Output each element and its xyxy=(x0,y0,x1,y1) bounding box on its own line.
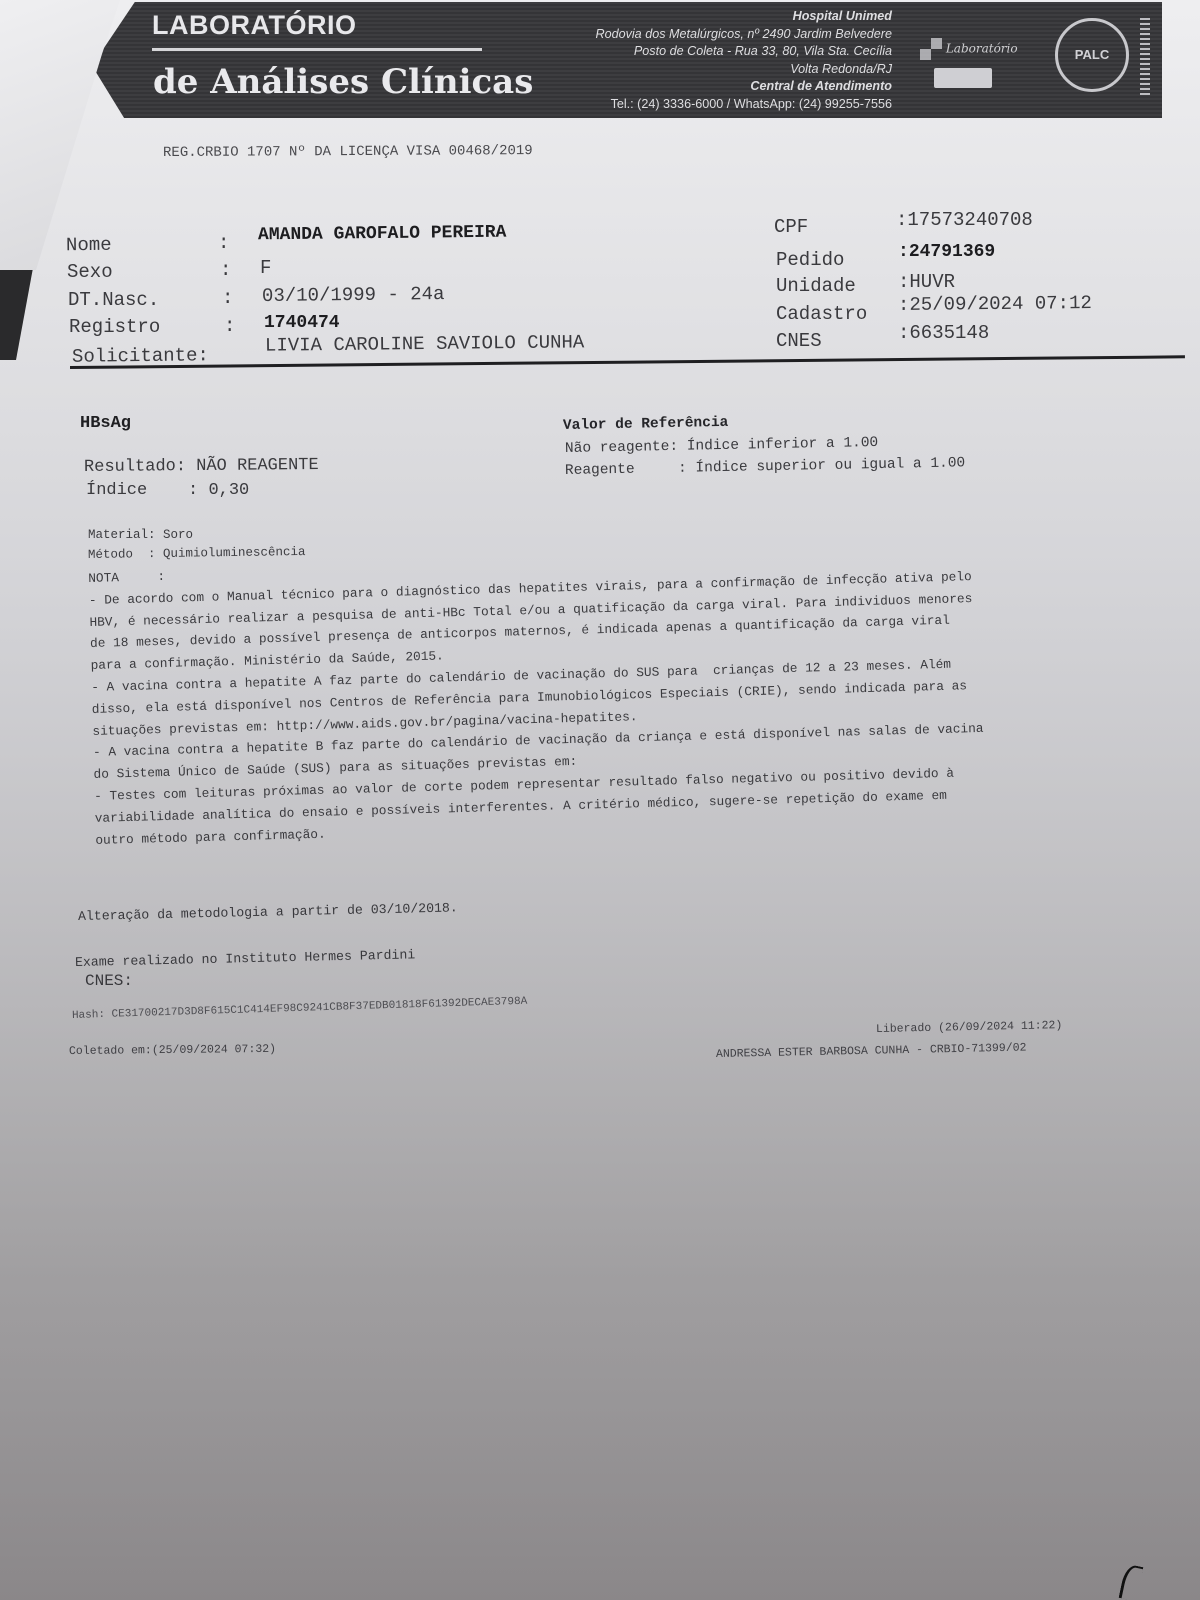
colon: : xyxy=(222,287,233,309)
label-name: Nome xyxy=(66,234,112,256)
service-center: Central de Atendimento xyxy=(560,78,892,96)
patient-registered: :25/09/2024 07:12 xyxy=(898,292,1092,316)
partner-lab-logo: Laboratório xyxy=(920,38,1028,90)
reference-title: Valor de Referência xyxy=(563,415,729,434)
colon: : xyxy=(224,315,235,337)
index-line: Índice : 0,30 xyxy=(86,481,249,500)
patient-unit: :HUVR xyxy=(898,271,955,293)
contact-phones: Tel.: (24) 3336-6000 / WhatsApp: (24) 99… xyxy=(560,96,892,114)
patient-cpf: :17573240708 xyxy=(896,209,1033,231)
patient-record: 1740474 xyxy=(264,313,340,333)
vertical-side-text xyxy=(1140,18,1150,98)
label-record: Registro xyxy=(69,316,160,338)
label-sex: Sexo xyxy=(67,261,113,283)
cnes-value: 6635148 xyxy=(909,322,989,344)
address-line: Posto de Coleta - Rua 33, 80, Vila Sta. … xyxy=(560,43,892,61)
lab-title-rule xyxy=(152,48,482,51)
registration-line: REG.CRBIO 1707 Nº DA LICENÇA VISA 00468/… xyxy=(163,143,533,161)
label-cnes: CNES xyxy=(776,330,822,352)
colon: : xyxy=(220,259,231,281)
footer-cnes-label: CNES: xyxy=(85,972,133,990)
colon: : xyxy=(218,232,229,254)
cpf-value: 17573240708 xyxy=(907,209,1032,231)
patient-cnes: :6635148 xyxy=(898,322,989,344)
notes-block: NOTA : - De acordo com o Manual técnico … xyxy=(88,539,1175,851)
unit-value: HUVR xyxy=(909,271,955,293)
lab-title-line1: LABORATÓRIO xyxy=(152,10,356,41)
patient-name: AMANDA GAROFALO PEREIRA xyxy=(258,223,507,246)
partner-logo-text: Laboratório xyxy=(946,42,1018,56)
certificate-badge xyxy=(934,68,992,88)
address-line: Volta Redonda/RJ xyxy=(560,61,892,79)
hospital-name: Hospital Unimed xyxy=(560,8,892,26)
label-cpf: CPF xyxy=(774,216,808,238)
patient-sex: F xyxy=(260,257,271,279)
result-value: NÃO REAGENTE xyxy=(196,456,319,476)
exam-material: Material: Soro xyxy=(88,528,193,542)
lab-cross-icon xyxy=(920,38,942,60)
collected-at: Coletado em:(25/09/2024 07:32) xyxy=(69,1043,276,1058)
label-registered: Cadastro xyxy=(776,303,867,325)
label-unit: Unidade xyxy=(776,275,856,297)
index-value: 0,30 xyxy=(208,481,249,500)
lab-address-block: Hospital Unimed Rodovia dos Metalúrgicos… xyxy=(560,8,892,113)
address-line: Rodovia dos Metalúrgicos, nº 2490 Jardim… xyxy=(560,26,892,44)
label-order: Pedido xyxy=(776,249,844,271)
result-line: Resultado: NÃO REAGENTE xyxy=(84,456,319,477)
patient-order: :24791369 xyxy=(898,242,995,262)
lab-title-line2: de Análises Clínicas xyxy=(153,62,533,102)
patient-requester: LIVIA CAROLINE SAVIOLO CUNHA xyxy=(265,331,584,356)
result-label: Resultado: xyxy=(84,457,186,477)
label-birth: DT.Nasc. xyxy=(68,289,159,311)
palc-accreditation-seal: PALC xyxy=(1055,18,1129,92)
index-label: Índice xyxy=(86,481,147,500)
registered-value: 25/09/2024 07:12 xyxy=(909,292,1092,316)
exam-name: HBsAg xyxy=(80,414,131,433)
order-value: 24791369 xyxy=(909,242,995,262)
patient-birth: 03/10/1999 - 24a xyxy=(262,283,445,307)
